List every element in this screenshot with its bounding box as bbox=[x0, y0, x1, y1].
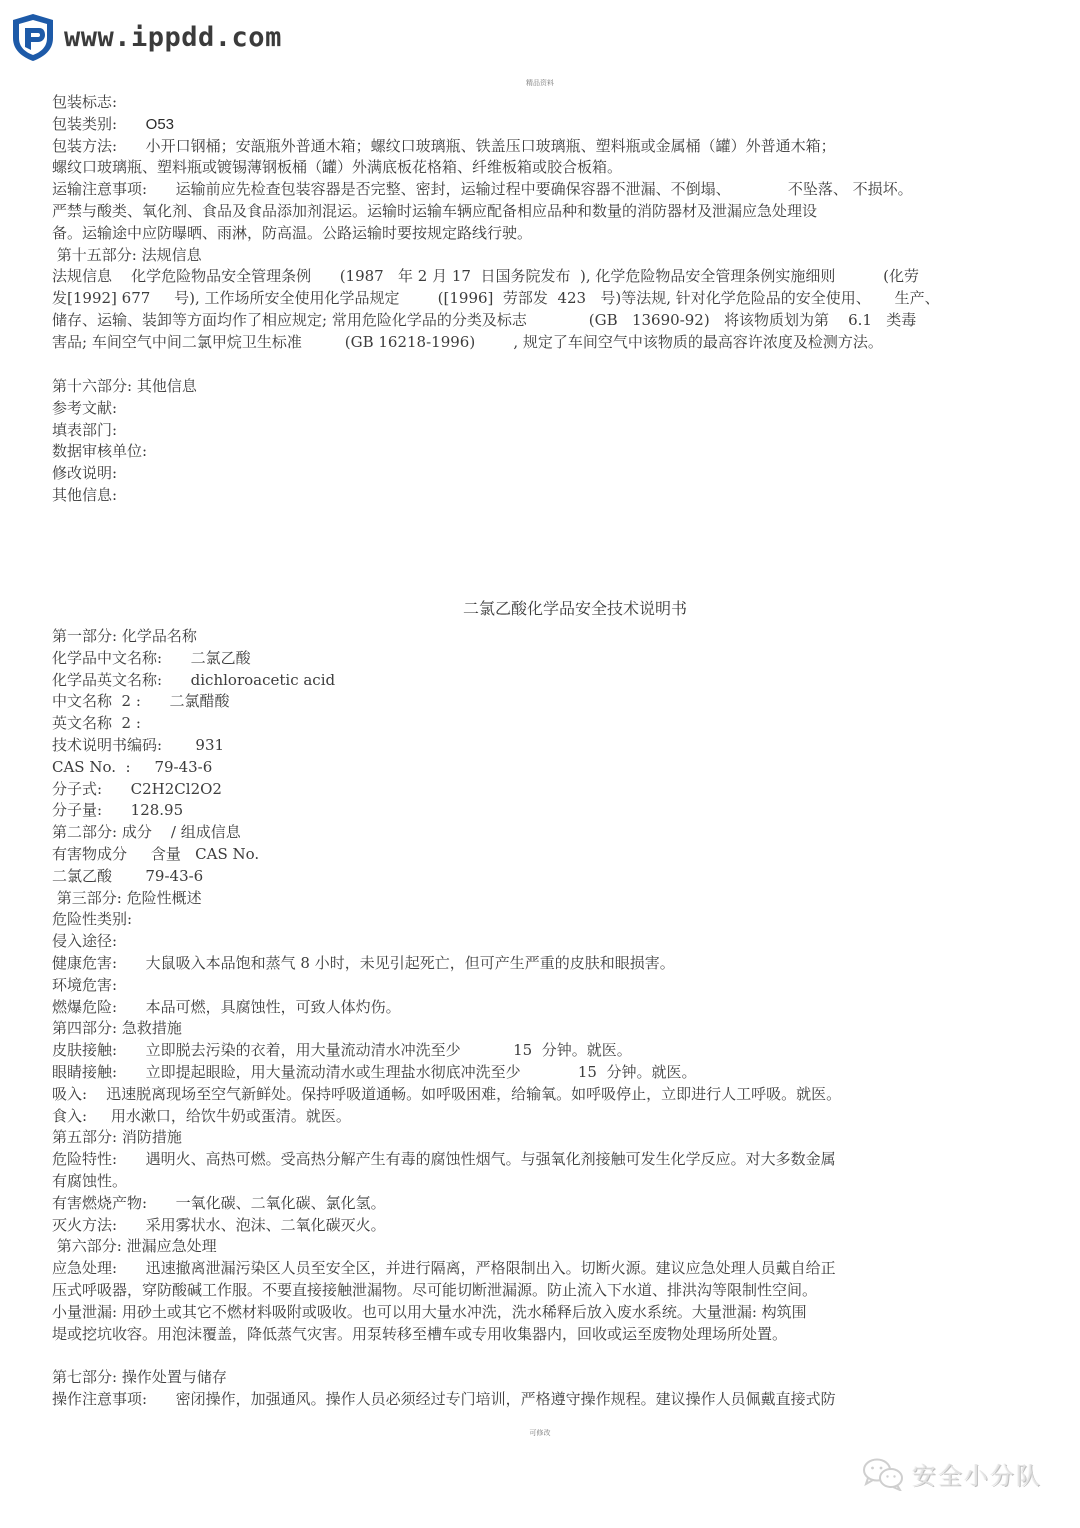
doc-line: 有害物成分 含量 CAS No. bbox=[52, 844, 1037, 866]
doc-line: 环境危害: bbox=[52, 975, 1037, 997]
doc-line: 操作注意事项: 密闭操作，加强通风。操作人员必须经过专门培训，严格遵守操作规程。… bbox=[52, 1389, 1037, 1411]
section-heading: 第一部分: 化学品名称 bbox=[52, 626, 1037, 648]
doc-line: 应急处理: 迅速撤离泄漏污染区人员至安全区，并进行隔离，严格限制出入。切断火源。… bbox=[52, 1258, 1037, 1280]
wechat-watermark: 安全小分队 bbox=[862, 1456, 1042, 1491]
doc-line: 备。运输途中应防曝晒、雨淋，防高温。公路运输时要按规定路线行驶。 bbox=[52, 223, 1037, 245]
doc-line: 二氯乙酸 79-43-6 bbox=[52, 866, 1037, 888]
doc-line: 堤或挖坑收容。用泡沫覆盖，降低蒸气灾害。用泵转移至槽车或专用收集器内，回收或运至… bbox=[52, 1324, 1037, 1346]
doc-line: 英文名称 2 : bbox=[52, 713, 1037, 735]
doc-line: 法规信息 化学危险物品安全管理条例 (1987 年 2 月 17 日国务院发布 … bbox=[52, 266, 1037, 288]
watermark-text: 安全小分队 bbox=[912, 1456, 1042, 1491]
doc-line: 技术说明书编码: 931 bbox=[52, 735, 1037, 757]
section-heading: 第四部分: 急救措施 bbox=[52, 1018, 1037, 1040]
document-title: 二氯乙酸化学品安全技术说明书 bbox=[0, 596, 1080, 619]
section-heading: 第五部分: 消防措施 bbox=[52, 1127, 1037, 1149]
page1-packaging-regulation: 包装标志: 包装类别: O53 包装方法: 小开口钢桶；安瓿瓶外普通木箱；螺纹口… bbox=[52, 92, 1037, 354]
doc-line: 螺纹口玻璃瓶、塑料瓶或镀锡薄钢板桶（罐）外满底板花格箱、纤维板箱或胶合板箱。 bbox=[52, 157, 1037, 179]
doc-line: 吸入: 迅速脱离现场至空气新鲜处。保持呼吸道通畅。如呼吸困难，给输氧。如呼吸停止… bbox=[52, 1084, 1037, 1106]
shield-logo-icon bbox=[10, 12, 56, 62]
field-label: 参考文献: bbox=[52, 398, 1037, 420]
field-label: 填表部门: bbox=[52, 420, 1037, 442]
doc-line: 侵入途径: bbox=[52, 931, 1037, 953]
doc-line: 包装标志: bbox=[52, 92, 1037, 114]
doc-line: 发[1992] 677 号), 工作场所安全使用化学品规定 ([1996] 劳部… bbox=[52, 288, 1037, 310]
doc-line: 危险特性: 遇明火、高热可燃。受高热分解产生有毒的腐蚀性烟气。与强氧化剂接触可发… bbox=[52, 1149, 1037, 1171]
logo-text: www.ippdd.com bbox=[64, 22, 282, 53]
doc-line: 化学品英文名称: dichloroacetic acid bbox=[52, 670, 1037, 692]
doc-line: 运输注意事项: 运输前应先检查包装容器是否完整、密封，运输过程中要确保容器不泄漏… bbox=[52, 179, 1037, 201]
page-footer-mark: 可修改 bbox=[0, 1428, 1080, 1438]
page-header-mark: 精品资料 bbox=[0, 78, 1080, 88]
section-heading: 第十六部分: 其他信息 bbox=[52, 376, 1037, 398]
doc-line: 储存、运输、装卸等方面均作了相应规定; 常用危险化学品的分类及标志 (GB 13… bbox=[52, 310, 1037, 332]
doc-line: 眼睛接触: 立即提起眼睑，用大量流动清水或生理盐水彻底冲洗至少 15 分钟。就医… bbox=[52, 1062, 1037, 1084]
wechat-icon bbox=[862, 1457, 906, 1491]
doc-line: 健康危害: 大鼠吸入本品饱和蒸气 8 小时，未见引起死亡，但可产生严重的皮肤和眼… bbox=[52, 953, 1037, 975]
section-heading: 第三部分: 危险性概述 bbox=[52, 888, 1037, 910]
field-label: 数据审核单位: bbox=[52, 441, 1037, 463]
doc-line: 食入: 用水漱口，给饮牛奶或蛋清。就医。 bbox=[52, 1106, 1037, 1128]
doc-line: 有害燃烧产物: 一氧化碳、二氧化碳、氯化氢。 bbox=[52, 1193, 1037, 1215]
field-label: 修改说明: bbox=[52, 463, 1037, 485]
field-label: 其他信息: bbox=[52, 485, 1037, 507]
section-heading: 第二部分: 成分 / 组成信息 bbox=[52, 822, 1037, 844]
blank-line bbox=[52, 1345, 1037, 1367]
doc-line: CAS No. : 79-43-6 bbox=[52, 757, 1037, 779]
doc-line: 严禁与酸类、氧化剂、食品及食品添加剂混运。运输时运输车辆应配备相应品种和数量的消… bbox=[52, 201, 1037, 223]
doc-line: 小量泄漏: 用砂土或其它不燃材料吸附或吸收。也可以用大量水冲洗，洗水稀释后放入废… bbox=[52, 1302, 1037, 1324]
doc-line: 有腐蚀性。 bbox=[52, 1171, 1037, 1193]
section-heading: 第六部分: 泄漏应急处理 bbox=[52, 1236, 1037, 1258]
doc-line: 危险性类别: bbox=[52, 909, 1037, 931]
doc-line: 中文名称 2 : 二氯醋酸 bbox=[52, 691, 1037, 713]
doc-line: 化学品中文名称: 二氯乙酸 bbox=[52, 648, 1037, 670]
doc-line: 皮肤接触: 立即脱去污染的衣着，用大量流动清水冲洗至少 15 分钟。就医。 bbox=[52, 1040, 1037, 1062]
doc-line: 包装类别: O53 bbox=[52, 114, 1037, 136]
site-logo[interactable]: www.ippdd.com bbox=[10, 12, 282, 62]
section-heading: 第七部分: 操作处置与储存 bbox=[52, 1367, 1037, 1389]
doc-line: 害品; 车间空气中间二氯甲烷卫生标准 (GB 16218-1996) , 规定了… bbox=[52, 332, 1037, 354]
page1-section16: 第十六部分: 其他信息 参考文献: 填表部门: 数据审核单位: 修改说明: 其他… bbox=[52, 376, 1037, 507]
doc-line: 灭火方法: 采用雾状水、泡沫、二氧化碳灭火。 bbox=[52, 1215, 1037, 1237]
doc-line: 压式呼吸器，穿防酸碱工作服。不要直接接触泄漏物。尽可能切断泄漏源。防止流入下水道… bbox=[52, 1280, 1037, 1302]
doc-line: 燃爆危险: 本品可燃，具腐蚀性，可致人体灼伤。 bbox=[52, 997, 1037, 1019]
doc-line: 分子量: 128.95 bbox=[52, 800, 1037, 822]
section-heading: 第十五部分: 法规信息 bbox=[52, 245, 1037, 267]
doc-line: 包装方法: 小开口钢桶；安瓿瓶外普通木箱；螺纹口玻璃瓶、铁盖压口玻璃瓶、塑料瓶或… bbox=[52, 136, 1037, 158]
page2-body: 第一部分: 化学品名称 化学品中文名称: 二氯乙酸 化学品英文名称: dichl… bbox=[52, 626, 1037, 1411]
doc-line: 分子式: C2H2Cl2O2 bbox=[52, 779, 1037, 801]
